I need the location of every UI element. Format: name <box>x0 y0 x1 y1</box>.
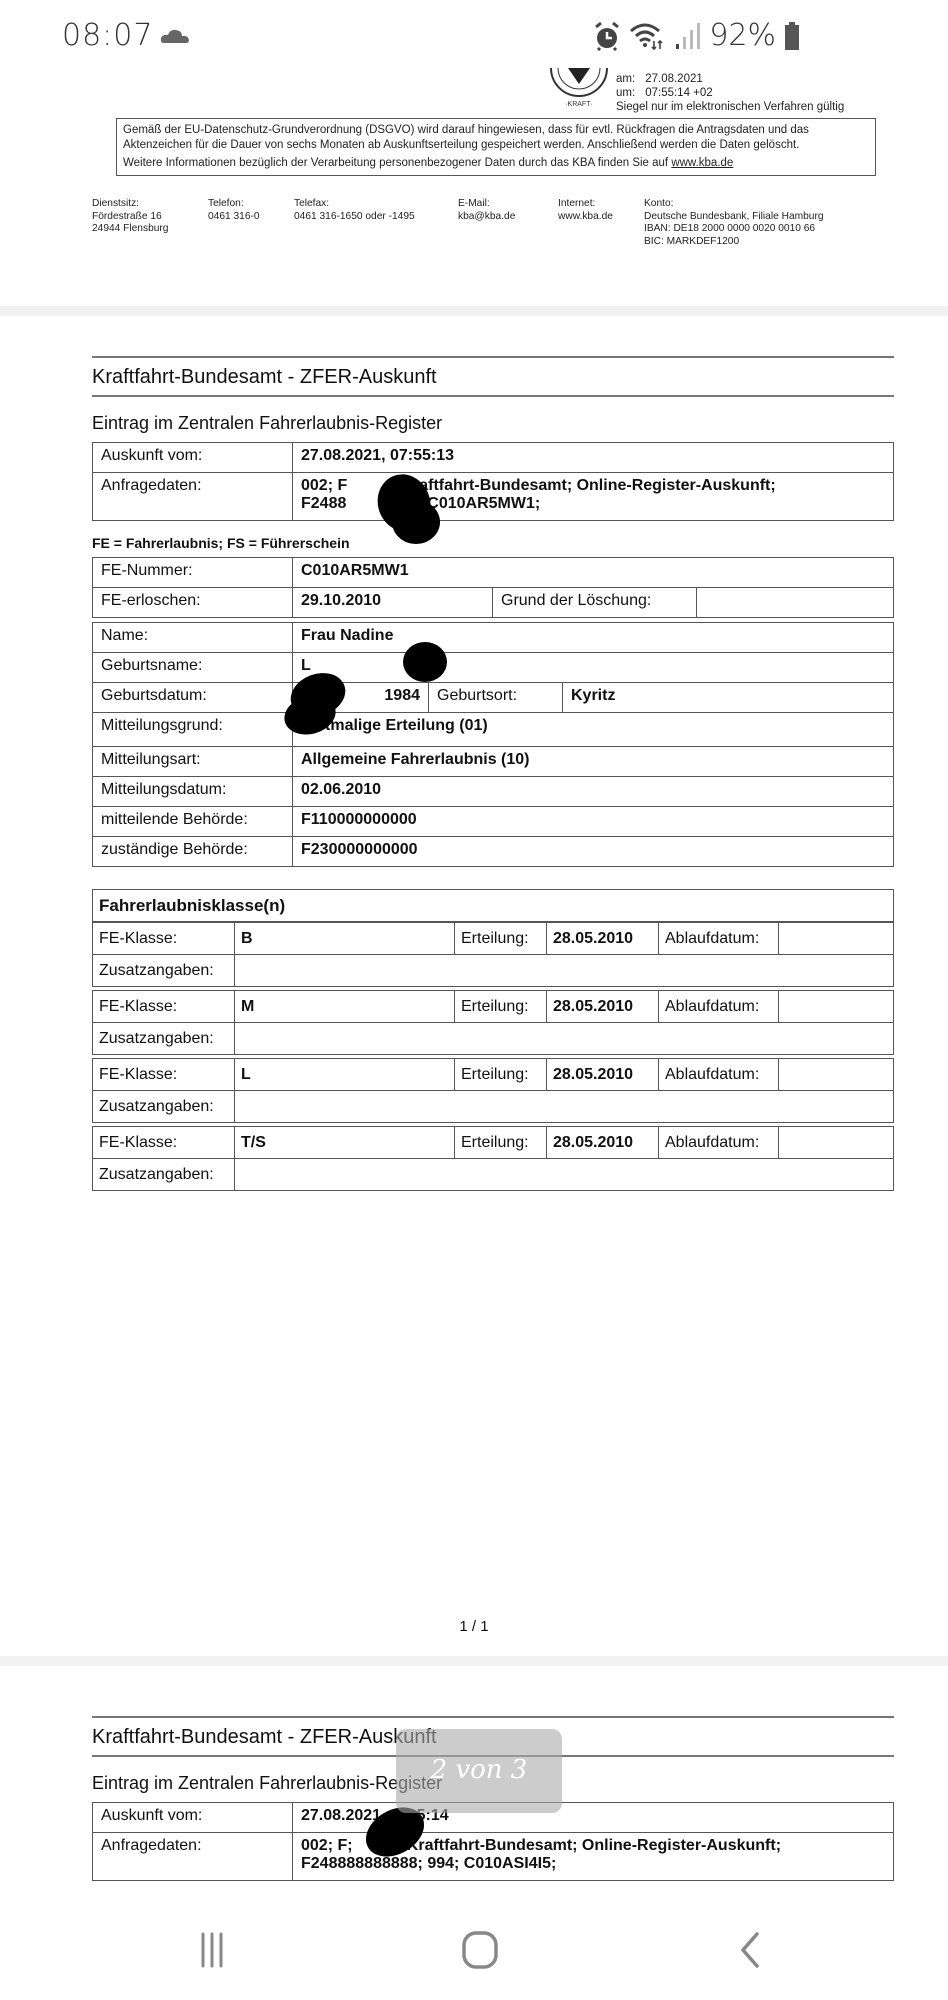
classes-header: Fahrerlaubnisklasse(n) <box>93 890 894 922</box>
svg-text:·KRAFT·: ·KRAFT· <box>565 101 593 108</box>
seal-info: am: 27.08.2021 um: 07:55:14 +02 Siegel n… <box>616 72 844 114</box>
zusatz-value <box>235 1159 894 1191</box>
page-indicator: 2 von 3 <box>396 1755 562 1785</box>
footer-col: Telefon:0461 316-0 <box>208 198 294 248</box>
alarm-icon <box>593 21 621 51</box>
class-value: L <box>235 1059 455 1091</box>
mitteilungsdatum-value: 02.06.2010 <box>293 777 894 807</box>
signal-icon <box>675 22 701 50</box>
doc-subtitle: Eintrag im Zentralen Fahrerlaubnis-Regis… <box>92 413 894 434</box>
classes-header-table: Fahrerlaubnisklasse(n) <box>92 889 894 922</box>
geburtsort-value: Kyritz <box>563 683 894 713</box>
redaction-mark <box>403 642 447 682</box>
license-class-entry: FE-Klasse:BErteilung:28.05.2010Ablaufdat… <box>92 922 894 987</box>
battery-icon <box>784 21 800 51</box>
back-icon <box>735 1930 765 1970</box>
abbrev-legend: FE = Fahrerlaubnis; FS = Führerschein <box>92 535 894 551</box>
back-button[interactable] <box>728 1930 772 1970</box>
ablauf-value <box>779 991 894 1023</box>
class-value: M <box>235 991 455 1023</box>
erteilung-value: 28.05.2010 <box>547 991 659 1023</box>
license-class-entry: FE-Klasse:MErteilung:28.05.2010Ablaufdat… <box>92 990 894 1055</box>
auskunft-value: 27.08.2021, 07:55:13 <box>293 443 894 473</box>
recents-button[interactable] <box>190 1930 234 1970</box>
page-number: 1 / 1 <box>0 1618 948 1635</box>
zusatz-value <box>235 1091 894 1123</box>
erteilung-value: 28.05.2010 <box>547 1059 659 1091</box>
page-indicator-toast: 2 von 3 <box>396 1729 562 1813</box>
home-icon <box>460 1930 500 1970</box>
pdf-page-2: Kraftfahrt-Bundesamt - ZFER-Auskunft Ein… <box>0 316 948 1656</box>
erteilung-value: 28.05.2010 <box>547 1127 659 1159</box>
class-value: T/S <box>235 1127 455 1159</box>
cloud-icon <box>160 28 190 44</box>
dsgvo-notice: Gemäß der EU-Datenschutz-Grundverordnung… <box>116 118 876 176</box>
ablauf-value <box>779 1059 894 1091</box>
kba-link[interactable]: www.kba.de <box>671 157 733 169</box>
fe-erloschen-value: 29.10.2010 <box>293 588 493 618</box>
recents-icon <box>194 1932 230 1968</box>
fe-number-table: FE-Nummer: C010AR5MW1 FE-erloschen: 29.1… <box>92 557 894 618</box>
footer-col: E-Mail:kba@kba.de <box>458 198 558 248</box>
status-bar: 08:07 92% <box>0 0 948 72</box>
doc-title: Kraftfahrt-Bundesamt - ZFER-Auskunft <box>92 358 894 395</box>
license-class-entry: FE-Klasse:T/SErteilung:28.05.2010Ablaufd… <box>92 1126 894 1191</box>
query-table: Auskunft vom: 27.08.2021 5:14 Anfragedat… <box>92 1802 894 1881</box>
name-value: Frau Nadine <box>293 623 894 653</box>
mitteilende-behoerde-value: F110000000000 <box>293 807 894 837</box>
status-time: 08:07 <box>62 18 153 53</box>
person-table: Name: Frau Nadine Geburtsname: L Geburts… <box>92 622 894 867</box>
redaction-mark <box>392 500 440 544</box>
wifi-icon <box>629 21 667 51</box>
seal-date: 27.08.2021 <box>645 73 703 85</box>
navigation-bar <box>0 1890 948 2000</box>
footer-col: Internet:www.kba.de <box>558 198 644 248</box>
home-button[interactable] <box>458 1930 502 1970</box>
zfer-document: Kraftfahrt-Bundesamt - ZFER-Auskunft Ein… <box>92 356 894 1191</box>
federal-seal-icon: ·KRAFT· <box>546 68 612 114</box>
status-icons: 92% <box>593 18 800 53</box>
mitteilungsgrund-value: erstmalige Erteilung (01) <box>293 713 894 747</box>
zustaendige-behoerde-value: F230000000000 <box>293 837 894 867</box>
grund-value <box>697 588 894 618</box>
ablauf-value <box>779 1127 894 1159</box>
pdf-page-1: ·KRAFT· am: 27.08.2021 um: 07:55:14 +02 … <box>0 72 948 306</box>
fe-nummer-value: C010AR5MW1 <box>293 558 894 588</box>
footer-col: Telefax:0461 316-1650 oder -1495 <box>294 198 458 248</box>
zusatz-value <box>235 955 894 987</box>
seal-note: Siegel nur im elektronischen Verfahren g… <box>616 100 844 114</box>
geburtsname-value: L <box>293 653 894 683</box>
query-table: Auskunft vom: 27.08.2021, 07:55:13 Anfra… <box>92 442 894 521</box>
class-value: B <box>235 923 455 955</box>
erteilung-value: 28.05.2010 <box>547 923 659 955</box>
ablauf-value <box>779 923 894 955</box>
divider <box>92 395 894 397</box>
footer-col: Dienstsitz:Fördestraße 1624944 Flensburg <box>92 198 208 248</box>
mitteilungsart-value: Allgemeine Fahrerlaubnis (10) <box>293 747 894 777</box>
zusatz-value <box>235 1023 894 1055</box>
seal-time: 07:55:14 +02 <box>645 87 712 99</box>
battery-percent: 92% <box>709 18 776 53</box>
footer-col: Konto:Deutsche Bundesbank, Filiale Hambu… <box>644 198 864 248</box>
contact-footer: Dienstsitz:Fördestraße 1624944 Flensburg… <box>92 198 864 248</box>
classes-list: FE-Klasse:BErteilung:28.05.2010Ablaufdat… <box>92 922 894 1191</box>
license-class-entry: FE-Klasse:LErteilung:28.05.2010Ablaufdat… <box>92 1058 894 1123</box>
